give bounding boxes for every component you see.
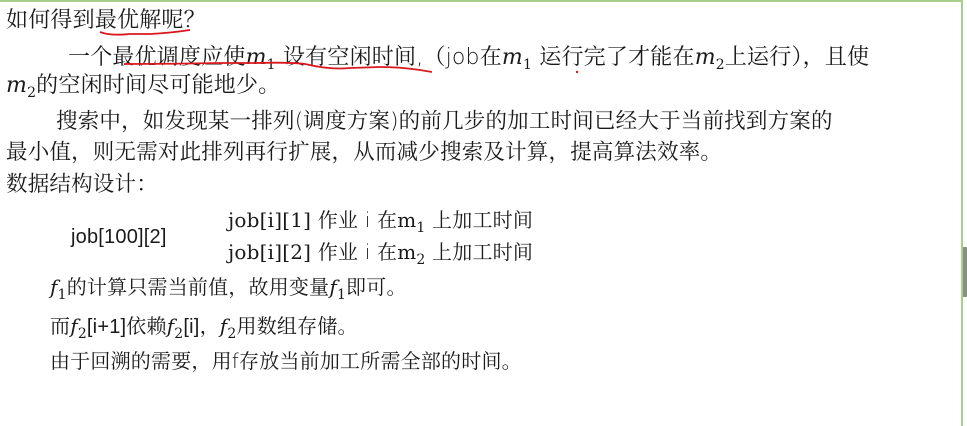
- para1-mid1: ,（job在: [416, 45, 502, 70]
- para1-line2-text: 的空闲时间尽可能地少。: [36, 73, 280, 98]
- math-m2: m2: [695, 45, 725, 70]
- note-2: 而f2[i+1]依赖f2[i]，f2用数组存储。: [50, 313, 358, 347]
- array-row-1: job[i][1] 作业 i 在m1 上加工时间: [228, 207, 533, 241]
- math-f1b: f1: [329, 275, 346, 299]
- heading: 如何得到最优解呢？: [6, 8, 206, 34]
- math-f2b: f2: [167, 314, 184, 338]
- para1-underlined-a: 最优调度应使: [112, 45, 245, 70]
- para1-mid3: 上运行），且使: [725, 45, 869, 70]
- row2-m: m2: [397, 240, 425, 264]
- math-f2c: f2: [220, 314, 237, 338]
- math-f1: f1: [50, 275, 67, 299]
- row1-desc-b: 上加工时间: [426, 208, 534, 232]
- heading-pre: 如何得到: [6, 8, 95, 33]
- para2-line2: 最小值，则无需对此排列再行扩展，从而减少搜索及计算，提高算法效率。: [6, 140, 722, 166]
- heading-post: ？: [184, 8, 206, 33]
- para1-indent: 一个: [68, 45, 112, 70]
- para2-line1: 搜索中，如发现某一排列(调度方案)的前几步的加工时间已经大于当前找到方案的: [56, 109, 833, 135]
- row2-desc-a: 作业 i 在: [311, 240, 397, 264]
- array-name: job[100][2]: [71, 224, 167, 250]
- row1-code: job[i][1]: [228, 208, 311, 232]
- para1-mid2: 运行完了才能在: [532, 45, 695, 70]
- math-m2-line2: m2: [6, 73, 36, 98]
- math-f2: f2: [70, 314, 87, 338]
- data-structure-title: 数据结构设计：: [6, 172, 158, 198]
- scrollbar-thumb[interactable]: [963, 247, 967, 297]
- row2-desc-b: 上加工时间: [426, 240, 534, 264]
- para1-line2: m2的空闲时间尽可能地少。: [6, 73, 280, 106]
- row1-m: m1: [397, 208, 425, 232]
- heading-underlined: 最优解呢: [95, 8, 184, 33]
- note-1: f1的计算只需当前值，故用变量f1即可。: [50, 274, 407, 308]
- array-row-2: job[i][2] 作业 i 在m2 上加工时间: [228, 239, 533, 273]
- para1-underlined-b: 设有空闲时间: [276, 45, 416, 70]
- math-m1b: m1: [502, 45, 532, 70]
- slide-canvas: 如何得到最优解呢？ 一个最优调度应使m1 设有空闲时间,（job在m1 运行完了…: [0, 0, 963, 426]
- note-3: 由于回溯的需要，用f存放当前加工所需全部的时间。: [50, 348, 522, 374]
- math-m1: m1: [246, 45, 276, 70]
- row2-code: job[i][2]: [228, 240, 311, 264]
- row1-desc-a: 作业 i 在: [311, 208, 397, 232]
